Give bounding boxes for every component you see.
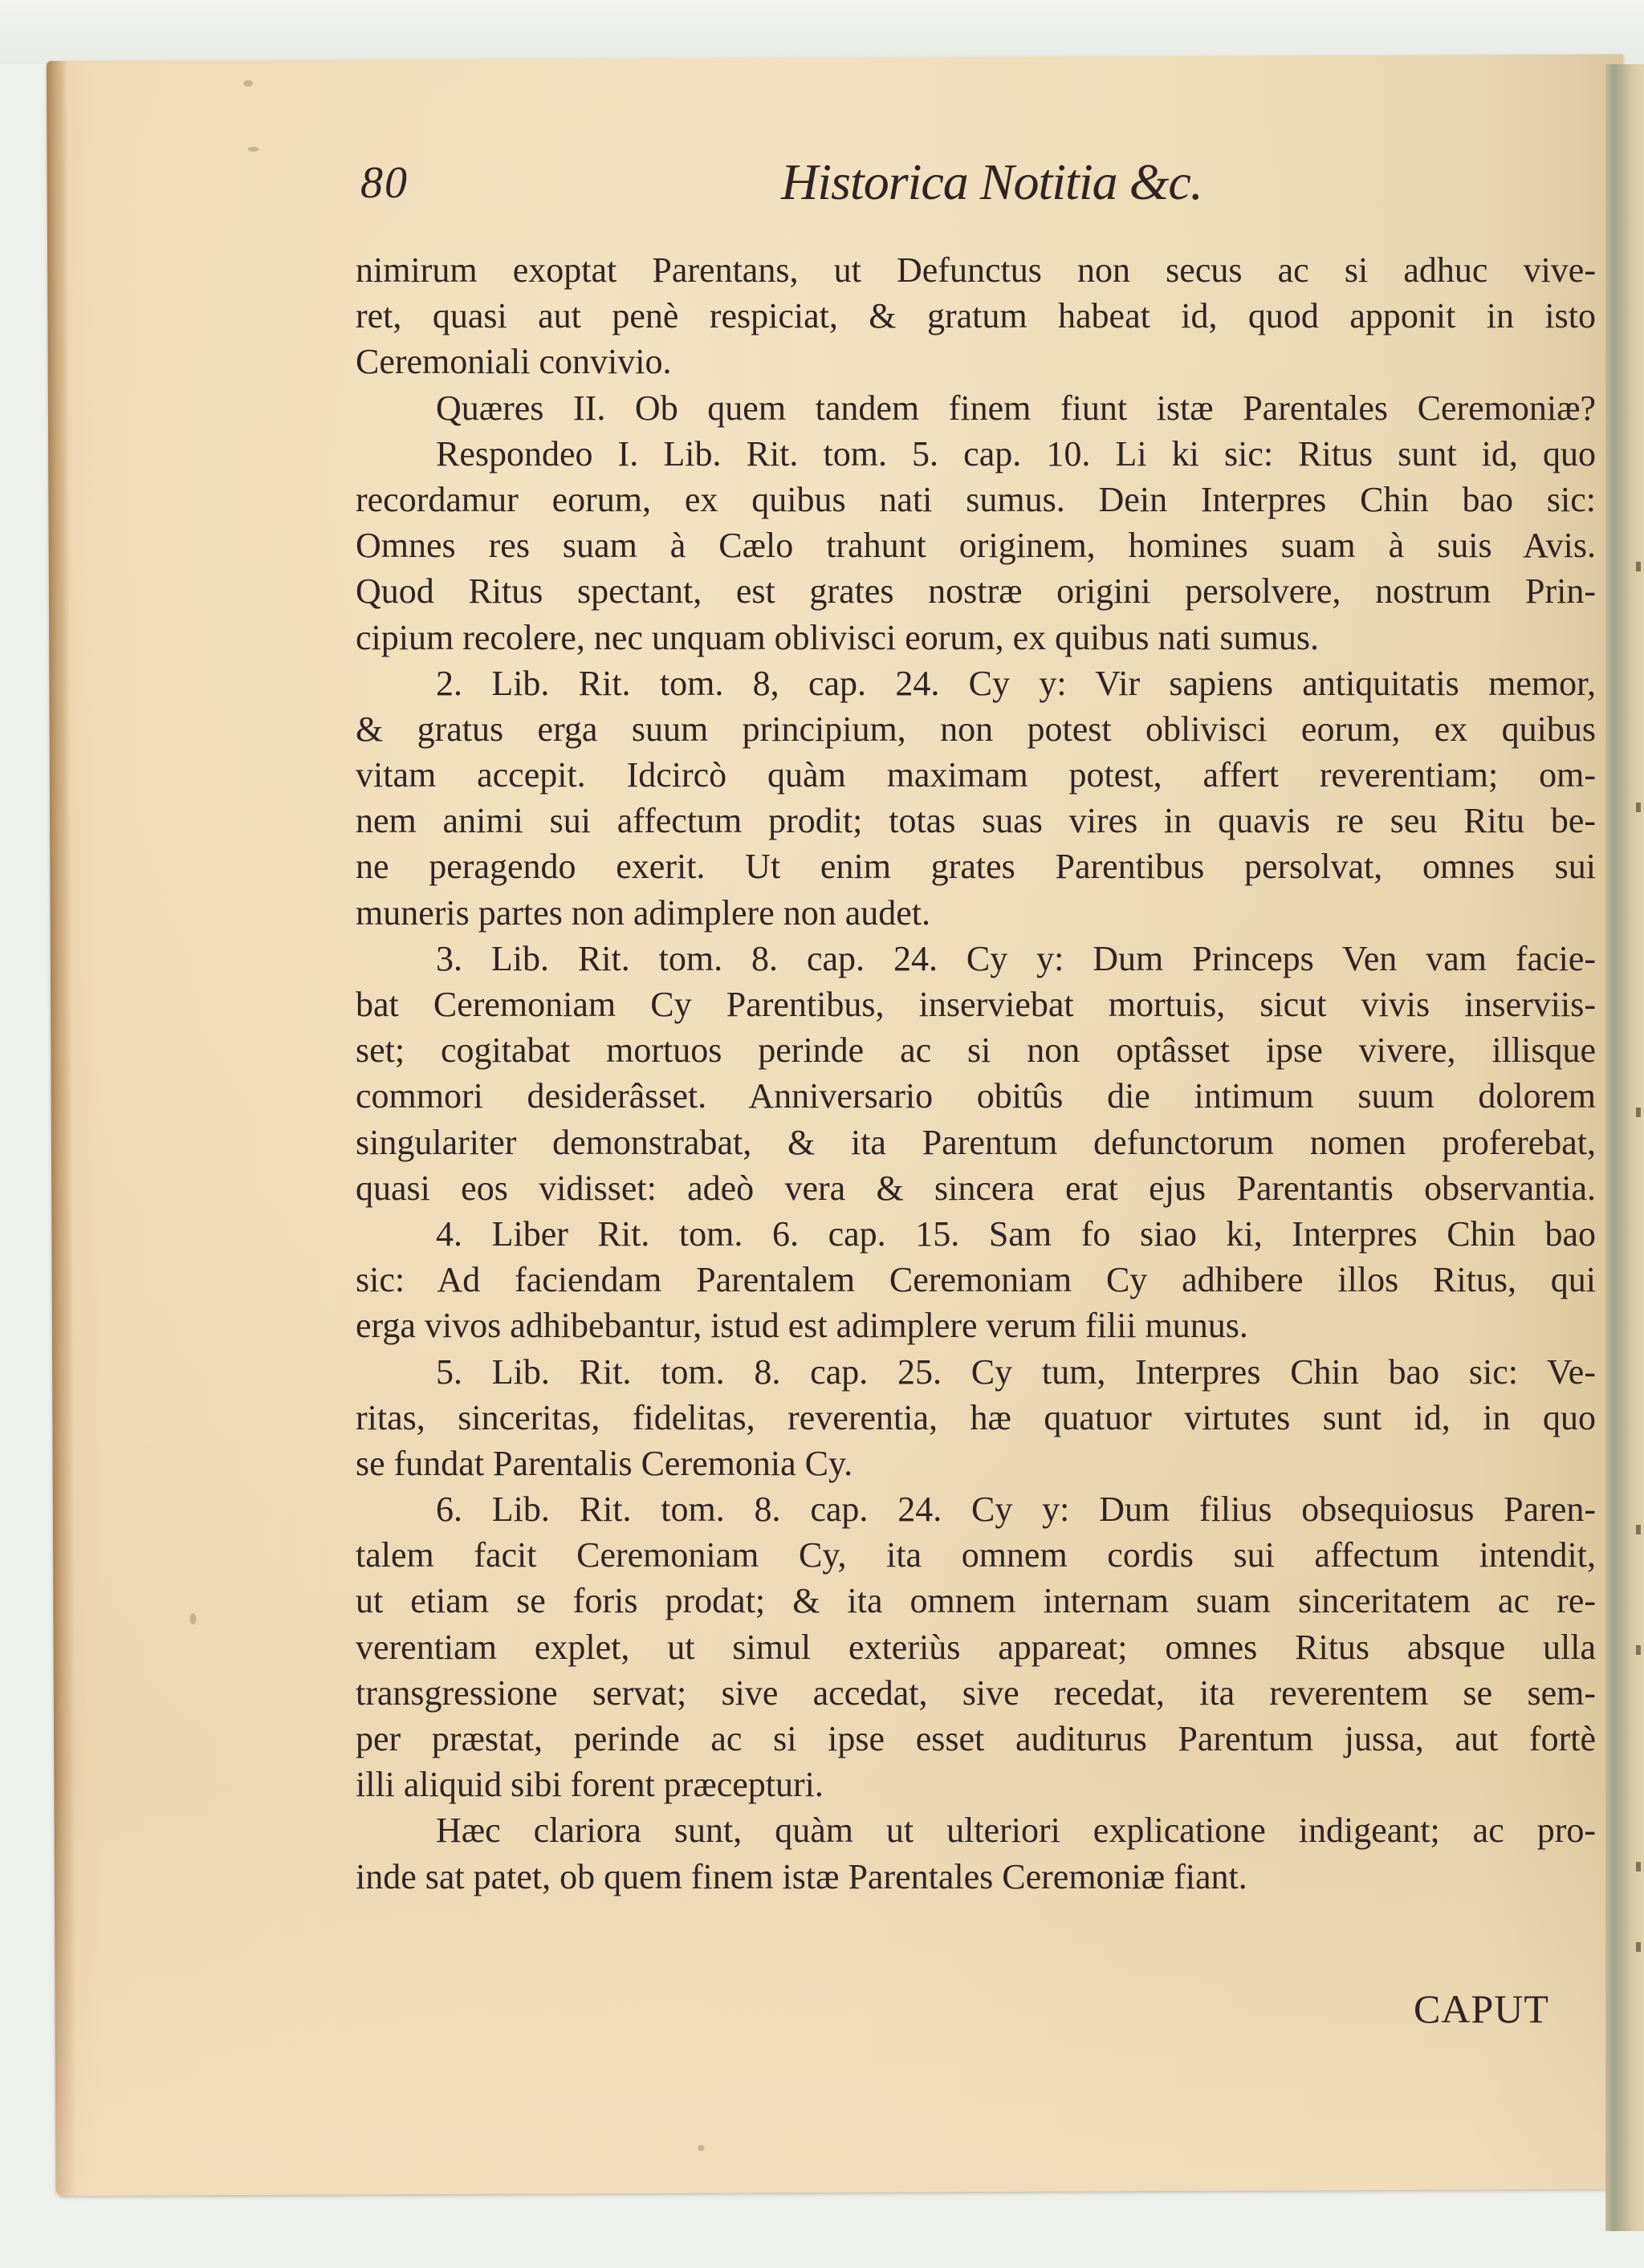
text-line: 2. Lib. Rit. tom. 8, cap. 24. Cy y: Vir …	[356, 660, 1596, 706]
text-line: inde sat patet, ob quem finem istæ Paren…	[356, 1854, 1596, 1900]
running-head: Historica Notitia &c.	[781, 154, 1202, 210]
text-line: muneris partes non adimplere non audet.	[356, 890, 1596, 936]
text-line: ret, quasi aut penè respiciat, & gratum …	[356, 293, 1596, 339]
text-line: 5. Lib. Rit. tom. 8. cap. 25. Cy tum, In…	[356, 1349, 1596, 1395]
text-line: transgressione servat; sive accedat, siv…	[356, 1670, 1596, 1716]
text-line: sic: Ad faciendam Parentalem Ceremoniam …	[356, 1257, 1596, 1303]
text-line: 3. Lib. Rit. tom. 8. cap. 24. Cy y: Dum …	[356, 936, 1596, 982]
text-line: commori desiderâsset. Anniversario obitû…	[356, 1073, 1596, 1119]
text-line: ne peragendo exerit. Ut enim grates Pare…	[356, 843, 1596, 889]
text-line: & gratus erga suum principium, non potes…	[356, 706, 1596, 752]
text-line: Respondeo I. Lib. Rit. tom. 5. cap. 10. …	[356, 431, 1596, 477]
text-line: Quod Ritus spectant, est grates nostræ o…	[356, 568, 1596, 614]
text-line: Quæres II. Ob quem tandem finem fiunt is…	[356, 385, 1596, 431]
text-line: illi aliquid sibi forent præcepturi.	[356, 1762, 1596, 1807]
text-line: talem facit Ceremoniam Cy, ita omnem cor…	[356, 1532, 1596, 1578]
catchword: CAPUT	[1414, 1985, 1549, 2033]
text-line: vitam accepit. Idcircò quàm maximam pote…	[356, 752, 1596, 798]
text-line: bat Ceremoniam Cy Parentibus, inservieba…	[356, 982, 1596, 1027]
text-line: nem animi sui affectum prodit; totas sua…	[356, 798, 1596, 843]
text-line: erga vivos adhibebantur, istud est adimp…	[356, 1303, 1596, 1348]
text-line: per præstat, perinde ac si ipse esset au…	[356, 1716, 1596, 1762]
text-line: singulariter demonstrabat, & ita Parentu…	[356, 1120, 1596, 1165]
text-line: cipium recolere, nec unquam oblivisci eo…	[356, 615, 1596, 660]
next-page-edge-marks	[1634, 0, 1644, 2268]
page-header: 80 Historica Notitia &c.	[356, 144, 1596, 217]
text-line: se fundat Parentalis Ceremonia Cy.	[356, 1441, 1596, 1486]
text-line: Ceremoniali convivio.	[356, 339, 1596, 384]
text-line: ritas, sinceritas, fidelitas, reverentia…	[356, 1395, 1596, 1441]
text-line: 6. Lib. Rit. tom. 8. cap. 24. Cy y: Dum …	[356, 1486, 1596, 1532]
text-line: Omnes res suam à Cælo trahunt originem, …	[356, 522, 1596, 568]
body-text: nimirum exoptat Parentans, ut Defunctus …	[356, 247, 1596, 1900]
page-content: 80 Historica Notitia &c. nimirum exoptat…	[356, 144, 1596, 217]
text-line: verentiam explet, ut simul exteriùs appa…	[356, 1624, 1596, 1670]
text-line: recordamur eorum, ex quibus nati sumus. …	[356, 477, 1596, 522]
text-line: ut etiam se foris prodat; & ita omnem in…	[356, 1578, 1596, 1624]
text-line: Hæc clariora sunt, quàm ut ulteriori exp…	[356, 1807, 1596, 1853]
text-line: 4. Liber Rit. tom. 6. cap. 15. Sam fo si…	[356, 1211, 1596, 1257]
page-number: 80	[360, 159, 409, 207]
text-line: set; cogitabat mortuos perinde ac si non…	[356, 1027, 1596, 1073]
text-line: quasi eos vidisset: adeò vera & sincera …	[356, 1165, 1596, 1211]
text-line: nimirum exoptat Parentans, ut Defunctus …	[356, 247, 1596, 293]
